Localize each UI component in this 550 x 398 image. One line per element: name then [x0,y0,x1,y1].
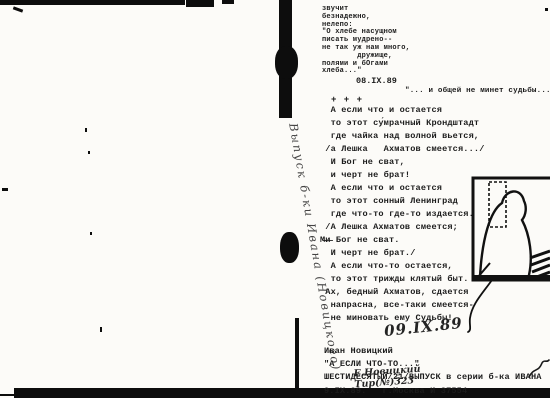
spine-ink-blob [275,46,298,79]
pen-flourish-icon [527,358,550,380]
epigraph-quote: "... и общей не минет судьбы..." [405,87,550,95]
scan-edge-fragment [186,0,214,7]
spine-shadow-line [295,318,299,392]
scan-speck [90,232,92,235]
epigraph-block: звучит безнадежно, нелепо: "О хлебе насу… [322,6,410,76]
scan-edge-fragment [222,0,234,4]
scan-speck [2,188,8,191]
scan-speck [13,6,23,12]
spine-ink-blob [280,232,299,263]
scan-edge-bar-top [0,0,185,5]
author-name: Иван Новицкий [324,345,542,358]
scan-speck [88,151,90,154]
scan-edge-fragment [0,394,16,396]
figure-sketch-illustration [468,175,550,287]
scan-speck [545,8,548,11]
scan-speck [100,327,102,332]
poem-text: А если что и остается то этот су́мрачный… [320,104,485,325]
scan-speck [85,128,87,132]
epigraph-date: 08.IX.89 [356,76,397,86]
scanned-document-page: Выпуск б-ки Ивана (Новицкого) звучит без… [0,0,550,398]
handwritten-bottom-note: Е.Новицкий Тир(№)323 [353,364,421,391]
pen-stroke-icon [462,278,498,334]
